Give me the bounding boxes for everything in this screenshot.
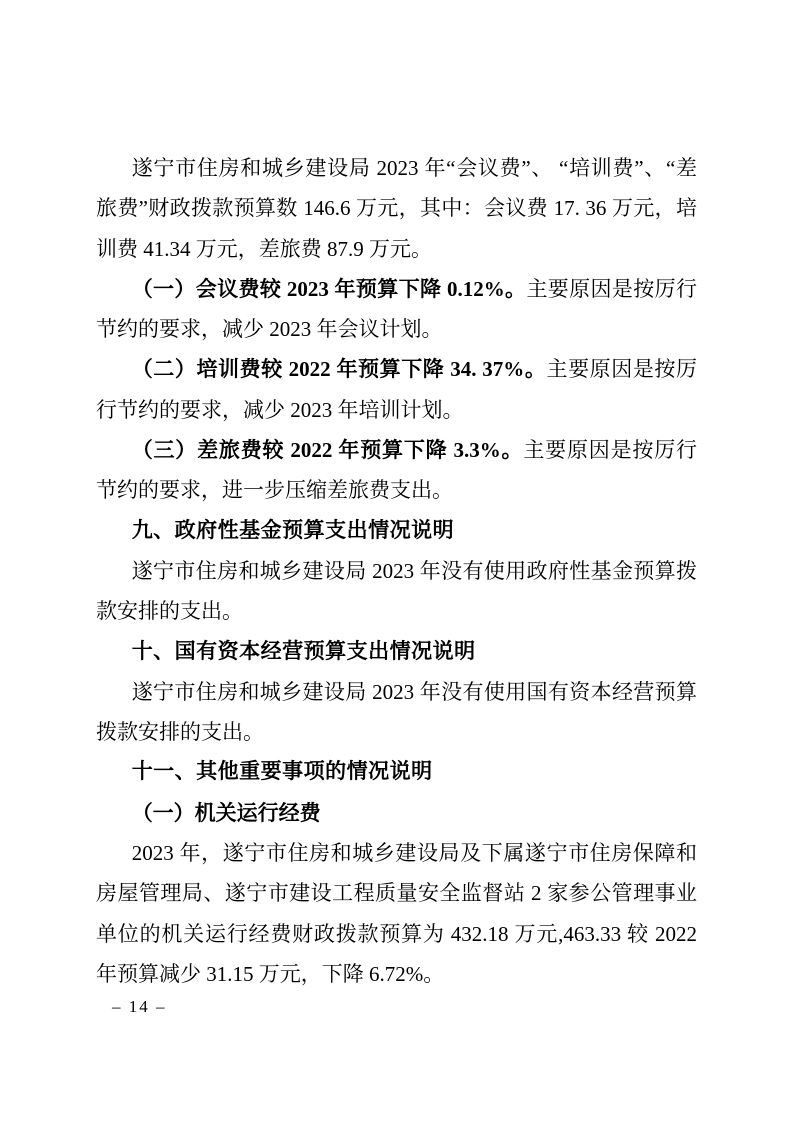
- page-content: 遂宁市住房和城乡建设局 2023 年“会议费”、 “培训费”、“差旅费”财政拨款…: [96, 148, 697, 994]
- item-1-lead: （一）会议费较 2023 年预算下降 0.12%。: [132, 277, 527, 301]
- item-3-paragraph: （三）差旅费较 2022 年预算下降 3.3%。主要原因是按厉行节约的要求，进一…: [96, 430, 697, 511]
- section-10-heading: 十、国有资本经营预算支出情况说明: [96, 632, 697, 672]
- intro-paragraph: 遂宁市住房和城乡建设局 2023 年“会议费”、 “培训费”、“差旅费”财政拨款…: [96, 148, 697, 269]
- section-11-subsection-1-heading: （一）机关运行经费: [96, 793, 697, 833]
- section-9-heading: 九、政府性基金预算支出情况说明: [96, 511, 697, 551]
- item-3-lead: （三）差旅费较 2022 年预算下降 3.3%。: [132, 438, 524, 462]
- document-page: { "page": { "body": { "intro": "遂宁市住房和城乡…: [0, 0, 793, 1122]
- section-11-subsection-1-paragraph: 2023 年，遂宁市住房和城乡建设局及下属遂宁市住房保障和房屋管理局、遂宁市建设…: [96, 833, 697, 994]
- item-2-lead: （二）培训费较 2022 年预算下降 34. 37%。: [132, 357, 547, 381]
- item-1-paragraph: （一）会议费较 2023 年预算下降 0.12%。主要原因是按厉行节约的要求，减…: [96, 269, 697, 350]
- section-10-paragraph: 遂宁市住房和城乡建设局 2023 年没有使用国有资本经营预算拨款安排的支出。: [96, 672, 697, 753]
- section-9-paragraph: 遂宁市住房和城乡建设局 2023 年没有使用政府性基金预算拨款安排的支出。: [96, 551, 697, 632]
- item-2-paragraph: （二）培训费较 2022 年预算下降 34. 37%。主要原因是按厉行节约的要求…: [96, 349, 697, 430]
- page-number: – 14 –: [112, 995, 167, 1019]
- section-11-heading: 十一、其他重要事项的情况说明: [96, 752, 697, 792]
